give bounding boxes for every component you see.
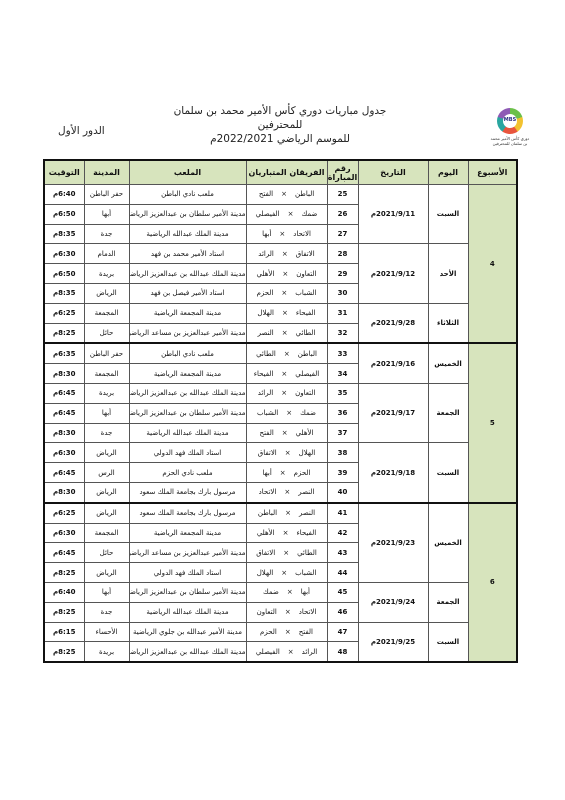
home-team: الاتحاد <box>299 608 317 616</box>
away-team: ضمك <box>263 588 279 596</box>
col-header-time: التوقيت <box>44 160 84 185</box>
home-team: الباطن <box>295 190 314 198</box>
match-time: 6:45م <box>44 463 84 483</box>
match-day: السبت <box>428 443 468 503</box>
versus-icon: × <box>281 569 287 577</box>
match-number: 46 <box>327 602 358 622</box>
match-number: 33 <box>327 343 358 363</box>
match-date: 2021/9/12م <box>358 244 428 303</box>
match-time: 8:25م <box>44 602 84 622</box>
match-teams: الاتفاق×الرائد <box>246 244 327 264</box>
away-team: التعاون <box>257 608 277 616</box>
match-number: 30 <box>327 283 358 303</box>
match-city: حفر الباطن <box>84 185 129 205</box>
match-stadium: مدينة الملك عبدالله بن عبدالعزيز الرياضي… <box>129 264 246 284</box>
match-number: 45 <box>327 582 358 602</box>
match-teams: التعاون×الأهلي <box>246 264 327 284</box>
versus-icon: × <box>285 628 291 636</box>
match-stadium: مرسول بارك بجامعة الملك سعود <box>129 482 246 502</box>
match-time: 6:25م <box>44 503 84 523</box>
match-city: الرس <box>84 463 129 483</box>
match-time: 6:30م <box>44 244 84 264</box>
match-number: 44 <box>327 563 358 583</box>
match-number: 29 <box>327 264 358 284</box>
match-number: 48 <box>327 642 358 662</box>
versus-icon: × <box>287 588 293 596</box>
versus-icon: × <box>282 309 288 317</box>
match-stadium: مدينة الأمير سلطان بن عبدالعزيز الرياضية <box>129 204 246 224</box>
away-team: الهلال <box>257 309 274 317</box>
match-city: بريدة <box>84 642 129 662</box>
match-teams: النصر×الباطن <box>246 503 327 523</box>
away-team: الفتح <box>260 429 274 437</box>
col-header-stadium: الملعب <box>129 160 246 185</box>
match-day: الجمعة <box>428 383 468 442</box>
away-team: الفيصلي <box>256 210 280 218</box>
week-number: 4 <box>468 185 517 344</box>
match-stadium: مدينة الملك عبدالله الرياضية <box>129 423 246 443</box>
versus-icon: × <box>282 429 288 437</box>
match-city: أبها <box>84 403 129 423</box>
match-stadium: مدينة الأمير سلطان بن عبدالعزيز الرياضية <box>129 582 246 602</box>
match-teams: الباطن×الفتح <box>246 185 327 205</box>
match-teams: الفيحاء×الأهلي <box>246 523 327 543</box>
col-header-city: المدينة <box>84 160 129 185</box>
match-number: 36 <box>327 403 358 423</box>
versus-icon: × <box>282 250 288 258</box>
away-team: الطائي <box>256 350 276 358</box>
table-row: الثلاثاء2021/9/28م31الفيحاء×الهلالمدينة … <box>44 303 517 323</box>
versus-icon: × <box>280 469 286 477</box>
match-day: السبت <box>428 185 468 244</box>
match-city: حائل <box>84 543 129 563</box>
match-stadium: مدينة الأمير عبدالله بن جلوي الرياضية <box>129 622 246 642</box>
versus-icon: × <box>281 190 287 198</box>
week-number: 5 <box>468 343 517 502</box>
home-team: الطائي <box>297 549 317 557</box>
home-team: النصر <box>298 488 314 496</box>
away-team: الاتحاد <box>259 488 277 496</box>
home-team: الفتح <box>299 628 313 636</box>
home-team: الاتحاد <box>293 230 311 238</box>
match-time: 6:45م <box>44 543 84 563</box>
match-day: الخميس <box>428 503 468 583</box>
home-team: التعاون <box>296 270 316 278</box>
match-day: السبت <box>428 622 468 662</box>
match-teams: الاتحاد×أبها <box>246 224 327 244</box>
match-number: 28 <box>327 244 358 264</box>
match-city: أبها <box>84 582 129 602</box>
home-team: الباطن <box>298 350 317 358</box>
match-date: 2021/9/28م <box>358 303 428 343</box>
match-teams: أبها×ضمك <box>246 582 327 602</box>
match-stadium: استاد الأمير فيصل بن فهد <box>129 283 246 303</box>
match-time: 8:35م <box>44 224 84 244</box>
match-teams: ضمك×الشباب <box>246 403 327 423</box>
match-time: 6:25م <box>44 303 84 323</box>
home-team: الهلال <box>299 449 316 457</box>
match-number: 25 <box>327 185 358 205</box>
logo-caption: دوري كأس الأمير محمد بن سلمان للمحترفين <box>490 136 530 146</box>
table-row: 6الخميس2021/9/23م41النصر×الباطنمرسول بار… <box>44 503 517 523</box>
match-stadium: مدينة الأمير عبدالعزيز بن مساعد الرياضية <box>129 323 246 343</box>
match-time: 6:50م <box>44 264 84 284</box>
match-number: 41 <box>327 503 358 523</box>
table-row: السبت2021/9/18م38الهلال×الاتفاقاستاد الم… <box>44 443 517 463</box>
versus-icon: × <box>281 289 287 297</box>
away-team: الفيصلي <box>256 648 280 656</box>
league-logo: MBS دوري كأس الأمير محمد بن سلمان للمحتر… <box>490 108 530 160</box>
table-row: الجمعة2021/9/24م45أبها×ضمكمدينة الأمير س… <box>44 582 517 602</box>
logo-ring-icon: MBS <box>497 108 523 134</box>
round-label: الدور الأول <box>58 125 105 137</box>
match-city: حائل <box>84 323 129 343</box>
match-city: الرياض <box>84 503 129 523</box>
match-number: 26 <box>327 204 358 224</box>
match-day: الأحد <box>428 244 468 303</box>
match-city: الرياض <box>84 283 129 303</box>
away-team: الباطن <box>258 509 277 517</box>
away-team: الهلال <box>257 569 274 577</box>
match-time: 6:15م <box>44 622 84 642</box>
away-team: الرائد <box>258 389 274 397</box>
away-team: أبها <box>263 469 272 477</box>
week-number: 6 <box>468 503 517 662</box>
match-stadium: مدينة الملك عبدالله الرياضية <box>129 224 246 244</box>
match-number: 34 <box>327 364 358 384</box>
match-city: أبها <box>84 204 129 224</box>
versus-icon: × <box>282 329 288 337</box>
match-teams: الطائي×النصر <box>246 323 327 343</box>
match-number: 42 <box>327 523 358 543</box>
match-stadium: مدينة الأمير سلطان بن عبدالعزيز الرياضية <box>129 403 246 423</box>
versus-icon: × <box>285 509 291 517</box>
match-city: جدة <box>84 602 129 622</box>
match-teams: ضمك×الفيصلي <box>246 204 327 224</box>
versus-icon: × <box>284 350 290 358</box>
col-header-day: اليوم <box>428 160 468 185</box>
versus-icon: × <box>281 370 287 378</box>
table-header-row: الأسبوع اليوم التاريخ رقم المباراة الفري… <box>44 160 517 185</box>
table-row: 5الخميس2021/9/16م33الباطن×الطائيملعب ناد… <box>44 343 517 363</box>
match-time: 8:35م <box>44 283 84 303</box>
match-date: 2021/9/18م <box>358 443 428 503</box>
match-time: 8:25م <box>44 323 84 343</box>
match-stadium: مدينة الملك عبدالله بن عبدالعزيز الرياضي… <box>129 383 246 403</box>
table-row: السبت2021/9/25م47الفتح×الحزممدينة الأمير… <box>44 622 517 642</box>
match-date: 2021/9/23م <box>358 503 428 583</box>
match-city: الرياض <box>84 563 129 583</box>
match-time: 6:30م <box>44 443 84 463</box>
match-teams: الشباب×الحزم <box>246 283 327 303</box>
title-line-1: جدول مباريات دوري كأس الأمير محمد بن سلم… <box>150 104 410 132</box>
versus-icon: × <box>282 270 288 278</box>
match-stadium: مدينة المجمعة الرياضية <box>129 523 246 543</box>
match-number: 40 <box>327 482 358 502</box>
match-stadium: استاد الأمير محمد بن فهد <box>129 244 246 264</box>
match-time: 8:25م <box>44 563 84 583</box>
title-line-2: للموسم الرياضي 2022/2021م <box>150 132 410 146</box>
match-stadium: استاد الملك فهد الدولي <box>129 443 246 463</box>
home-team: الأهلي <box>296 429 314 437</box>
match-stadium: ملعب نادي الحزم <box>129 463 246 483</box>
match-number: 32 <box>327 323 358 343</box>
match-date: 2021/9/11م <box>358 185 428 244</box>
col-header-match-number: رقم المباراة <box>327 160 358 185</box>
versus-icon: × <box>286 409 292 417</box>
match-city: الرياض <box>84 482 129 502</box>
match-number: 27 <box>327 224 358 244</box>
versus-icon: × <box>283 529 289 537</box>
col-header-week: الأسبوع <box>468 160 517 185</box>
match-teams: الباطن×الطائي <box>246 343 327 363</box>
versus-icon: × <box>279 230 285 238</box>
away-team: الأهلي <box>257 270 275 278</box>
home-team: الحزم <box>294 469 311 477</box>
away-team: الحزم <box>257 289 274 297</box>
versus-icon: × <box>284 488 290 496</box>
match-stadium: مرسول بارك بجامعة الملك سعود <box>129 503 246 523</box>
home-team: أبها <box>301 588 310 596</box>
match-number: 37 <box>327 423 358 443</box>
match-stadium: مدينة الملك عبدالله الرياضية <box>129 602 246 622</box>
match-day: الجمعة <box>428 582 468 622</box>
match-city: الدمام <box>84 244 129 264</box>
match-number: 43 <box>327 543 358 563</box>
match-city: بريدة <box>84 383 129 403</box>
match-teams: الرائد×الفيصلي <box>246 642 327 662</box>
versus-icon: × <box>288 648 294 656</box>
versus-icon: × <box>288 210 294 218</box>
match-number: 47 <box>327 622 358 642</box>
match-date: 2021/9/16م <box>358 343 428 383</box>
home-team: الفيصلي <box>295 370 319 378</box>
home-team: التعاون <box>295 389 315 397</box>
match-city: حفر الباطن <box>84 343 129 363</box>
home-team: الاتفاق <box>296 250 315 258</box>
col-header-teams: الفريقان المتباريان <box>246 160 327 185</box>
schedule-body: 4السبت2021/9/11م25الباطن×الفتحملعب نادي … <box>44 185 517 663</box>
match-city: المجمعة <box>84 303 129 323</box>
match-date: 2021/9/17م <box>358 383 428 442</box>
versus-icon: × <box>285 608 291 616</box>
match-teams: الطائي×الاتفاق <box>246 543 327 563</box>
match-date: 2021/9/25م <box>358 622 428 662</box>
match-day: الخميس <box>428 343 468 383</box>
match-city: جدة <box>84 423 129 443</box>
match-city: المجمعة <box>84 364 129 384</box>
match-stadium: مدينة المجمعة الرياضية <box>129 364 246 384</box>
home-team: ضمك <box>300 409 316 417</box>
match-time: 8:30م <box>44 364 84 384</box>
match-time: 8:30م <box>44 423 84 443</box>
match-teams: التعاون×الرائد <box>246 383 327 403</box>
match-stadium: مدينة الأمير عبدالعزيز بن مساعد الرياضية <box>129 543 246 563</box>
match-teams: الحزم×أبها <box>246 463 327 483</box>
match-time: 6:50م <box>44 204 84 224</box>
match-teams: الفيحاء×الهلال <box>246 303 327 323</box>
schedule-table: الأسبوع اليوم التاريخ رقم المباراة الفري… <box>43 159 518 663</box>
match-teams: الفيصلي×الفيحاء <box>246 364 327 384</box>
match-time: 8:30م <box>44 482 84 502</box>
document-title: جدول مباريات دوري كأس الأمير محمد بن سلم… <box>150 104 410 146</box>
match-stadium: ملعب نادي الباطن <box>129 185 246 205</box>
match-city: الرياض <box>84 443 129 463</box>
match-time: 6:35م <box>44 343 84 363</box>
away-team: الرائد <box>258 250 274 258</box>
versus-icon: × <box>285 449 291 457</box>
versus-icon: × <box>283 549 289 557</box>
match-date: 2021/9/24م <box>358 582 428 622</box>
match-teams: الشباب×الهلال <box>246 563 327 583</box>
home-team: النصر <box>299 509 315 517</box>
home-team: الفيحاء <box>296 529 316 537</box>
match-time: 6:30م <box>44 523 84 543</box>
logo-mark: MBS <box>497 117 523 123</box>
away-team: النصر <box>258 329 274 337</box>
match-day: الثلاثاء <box>428 303 468 343</box>
match-teams: الفتح×الحزم <box>246 622 327 642</box>
match-stadium: ملعب نادي الباطن <box>129 343 246 363</box>
match-number: 35 <box>327 383 358 403</box>
match-city: جدة <box>84 224 129 244</box>
home-team: ضمك <box>301 210 317 218</box>
match-stadium: استاد الملك فهد الدولي <box>129 563 246 583</box>
home-team: الفيحاء <box>296 309 316 317</box>
match-time: 8:25م <box>44 642 84 662</box>
match-stadium: مدينة المجمعة الرياضية <box>129 303 246 323</box>
match-teams: الهلال×الاتفاق <box>246 443 327 463</box>
table-row: الأحد2021/9/12م28الاتفاق×الرائداستاد الأ… <box>44 244 517 264</box>
away-team: الشباب <box>257 409 278 417</box>
match-number: 38 <box>327 443 358 463</box>
home-team: الشباب <box>295 289 316 297</box>
match-number: 39 <box>327 463 358 483</box>
table-row: الجمعة2021/9/17م35التعاون×الرائدمدينة ال… <box>44 383 517 403</box>
away-team: الأهلي <box>257 529 275 537</box>
away-team: الاتفاق <box>256 549 275 557</box>
match-city: بريدة <box>84 264 129 284</box>
home-team: الرائد <box>302 648 318 656</box>
away-team: الفيحاء <box>254 370 274 378</box>
match-time: 6:45م <box>44 383 84 403</box>
match-time: 6:40م <box>44 582 84 602</box>
match-time: 6:45م <box>44 403 84 423</box>
home-team: الطائي <box>296 329 316 337</box>
match-teams: الأهلي×الفتح <box>246 423 327 443</box>
home-team: الشباب <box>295 569 316 577</box>
away-team: الاتفاق <box>258 449 277 457</box>
match-stadium: مدينة الملك عبدالله بن عبدالعزيز الرياضي… <box>129 642 246 662</box>
match-teams: النصر×الاتحاد <box>246 482 327 502</box>
match-city: المجمعة <box>84 523 129 543</box>
match-teams: الاتحاد×التعاون <box>246 602 327 622</box>
col-header-date: التاريخ <box>358 160 428 185</box>
match-city: الأحساء <box>84 622 129 642</box>
table-row: 4السبت2021/9/11م25الباطن×الفتحملعب نادي … <box>44 185 517 205</box>
away-team: أبها <box>262 230 271 238</box>
match-time: 6:40م <box>44 185 84 205</box>
match-number: 31 <box>327 303 358 323</box>
away-team: الحزم <box>260 628 277 636</box>
away-team: الفتح <box>259 190 273 198</box>
versus-icon: × <box>281 389 287 397</box>
